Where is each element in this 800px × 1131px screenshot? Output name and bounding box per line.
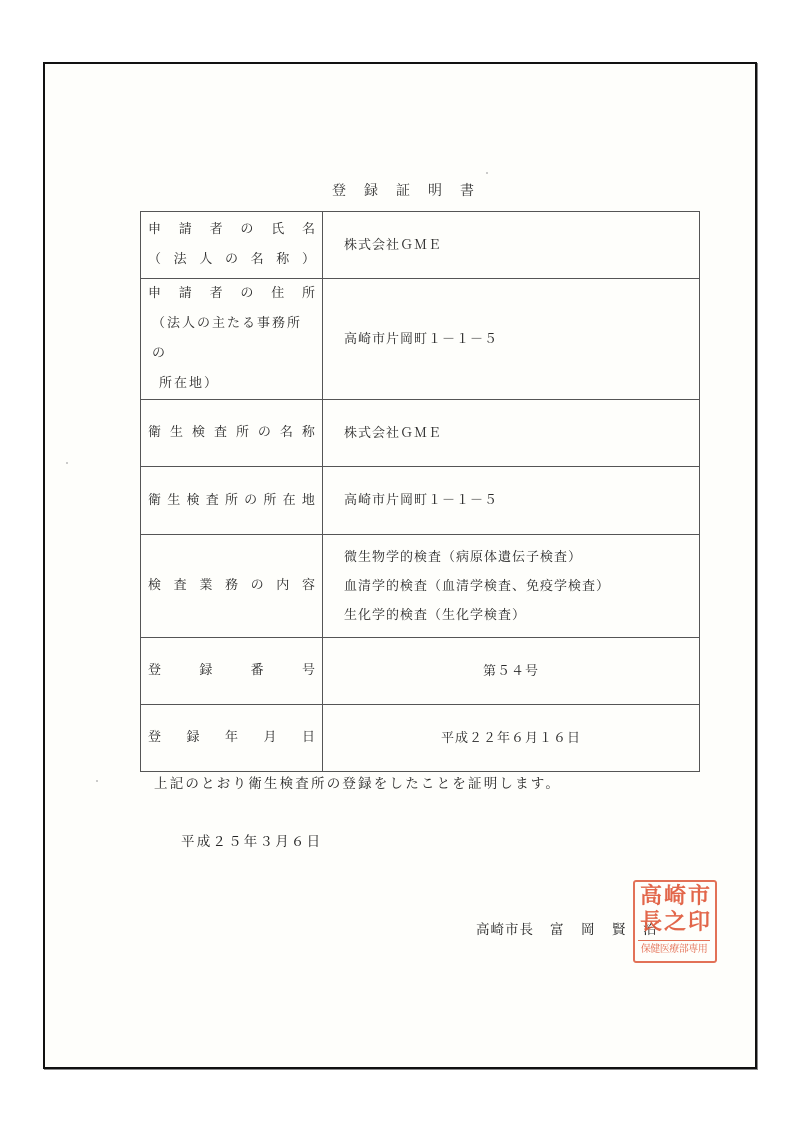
value-line: 微生物学的検査（病原体遺伝子検査）: [344, 543, 699, 572]
table-row-registration-date: 登録年月日 平成２２年６月１６日: [141, 705, 700, 772]
scan-speck: [66, 462, 68, 464]
label-line: 衛生検査所の所在地: [148, 486, 315, 516]
label-line: 衛生検査所の名称: [148, 418, 315, 448]
row-label: 衛生検査所の名称: [141, 400, 323, 467]
value-line: 生化学的検査（生化学検査）: [344, 601, 699, 630]
row-value: 株式会社ＧＭＥ: [323, 212, 700, 279]
table-row-lab-location: 衛生検査所の所在地 高崎市片岡町１－１－５: [141, 467, 700, 535]
certification-statement: 上記のとおり衛生検査所の登録をしたことを証明します。: [154, 772, 561, 792]
signer-office: 高崎市長: [476, 918, 534, 938]
value-line: 第５４号: [323, 657, 699, 686]
seal-band-text: 保健医療部専用: [638, 940, 710, 958]
label-line: （法人の主たる事務所の: [148, 309, 315, 369]
table-row-lab-name: 衛生検査所の名称 株式会社ＧＭＥ: [141, 400, 700, 467]
label-line: （法人の名称）: [148, 245, 315, 275]
value-line: 平成２２年６月１６日: [323, 724, 699, 753]
label-line: 所在地）: [148, 369, 315, 399]
row-value: 株式会社ＧＭＥ: [323, 400, 700, 467]
label-line: 登録番号: [148, 656, 315, 686]
row-label: 登録年月日: [141, 705, 323, 772]
table-row-inspection-scope: 検査業務の内容 微生物学的検査（病原体遺伝子検査） 血清学的検査（血清学検査、免…: [141, 535, 700, 638]
registration-table: 申請者の氏名 （法人の名称） 株式会社ＧＭＥ 申請者の住所 （法人の主たる事務所…: [140, 211, 700, 772]
row-label: 衛生検査所の所在地: [141, 467, 323, 535]
official-seal-stamp: 市 崎 高 印 之 長 保健医療部専用: [633, 880, 717, 963]
row-label: 検査業務の内容: [141, 535, 323, 638]
row-value: 高崎市片岡町１－１－５: [323, 467, 700, 535]
row-value: 第５４号: [323, 638, 700, 705]
issue-date: 平成２５年３月６日: [181, 830, 322, 850]
scan-speck: [486, 172, 488, 174]
row-label: 申請者の住所 （法人の主たる事務所の 所在地）: [141, 279, 323, 400]
scan-speck: [96, 780, 98, 782]
label-line: 検査業務の内容: [148, 571, 315, 601]
table-row-applicant-address: 申請者の住所 （法人の主たる事務所の 所在地） 高崎市片岡町１－１－５: [141, 279, 700, 400]
label-line: 登録年月日: [148, 723, 315, 753]
row-value: 高崎市片岡町１－１－５: [323, 279, 700, 400]
seal-characters: 市 崎 高 印 之 長: [639, 884, 711, 936]
row-value: 平成２２年６月１６日: [323, 705, 700, 772]
value-line: 株式会社ＧＭＥ: [344, 231, 699, 260]
table-row-applicant-name: 申請者の氏名 （法人の名称） 株式会社ＧＭＥ: [141, 212, 700, 279]
label-line: 申請者の氏名: [148, 215, 315, 245]
value-line: 高崎市片岡町１－１－５: [344, 325, 699, 354]
row-value: 微生物学的検査（病原体遺伝子検査） 血清学的検査（血清学検査、免疫学検査） 生化…: [323, 535, 700, 638]
row-label: 登録番号: [141, 638, 323, 705]
row-label: 申請者の氏名 （法人の名称）: [141, 212, 323, 279]
document-title: 登録証明書: [0, 180, 800, 200]
value-line: 血清学的検査（血清学検査、免疫学検査）: [344, 572, 699, 601]
value-line: 株式会社ＧＭＥ: [344, 419, 699, 448]
label-line: 申請者の住所: [148, 279, 315, 309]
value-line: 高崎市片岡町１－１－５: [344, 486, 699, 515]
table-row-registration-number: 登録番号 第５４号: [141, 638, 700, 705]
